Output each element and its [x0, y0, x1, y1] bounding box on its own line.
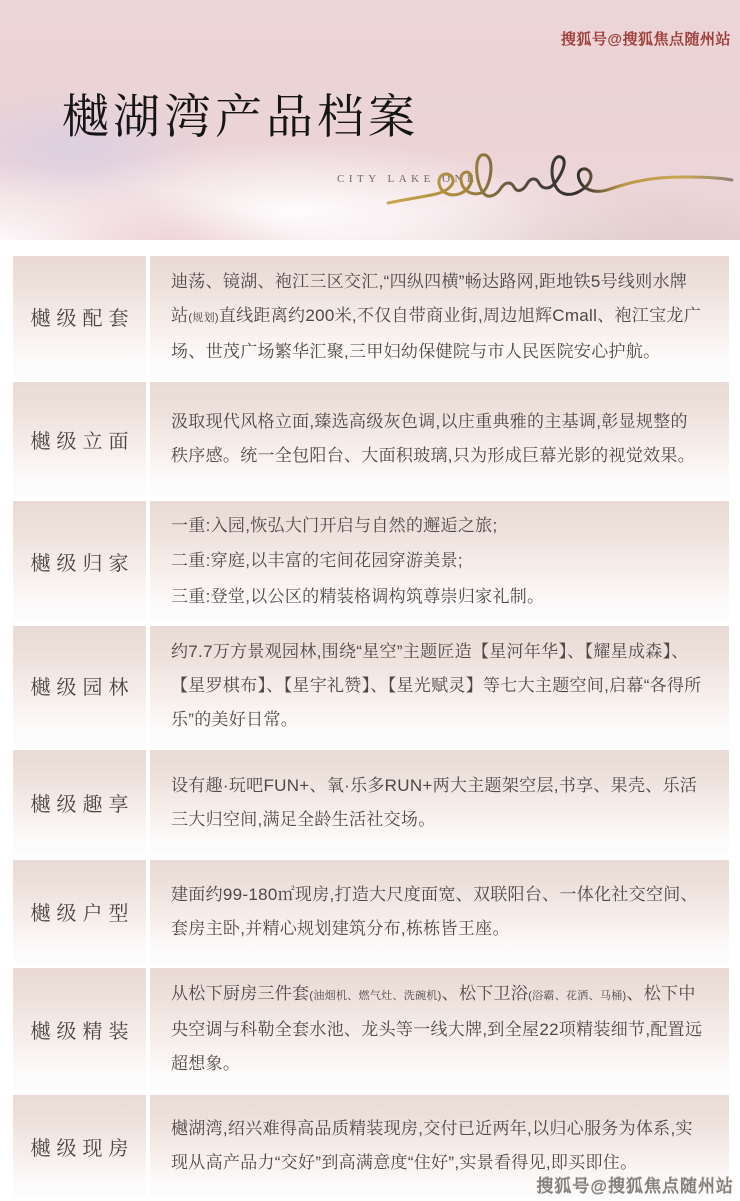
text-run: 三重:登堂,以公区的精装格调构筑尊崇归家礼制。 [171, 580, 703, 614]
table-row: 樾级归家 一重:入园,恢弘大门开启与自然的邂逅之旅;二重:穿庭,以丰富的宅间花园… [13, 501, 729, 621]
text-run: 一重:入园,恢弘大门开启与自然的邂逅之旅; [171, 509, 703, 543]
signature-script-icon [386, 146, 734, 222]
row-label: 樾级立面 [13, 382, 146, 496]
row-content-text: 建面约99-180㎡现房,打造大尺度面宽、双联阳台、一体化社交空间、套房主卧,并… [171, 878, 703, 946]
row-content-text: 樾湖湾,绍兴难得高品质精装现房,交付已近两年,以归心服务为体系,实现从高产品力“… [171, 1112, 703, 1180]
watermark-bottom: 搜狐号@搜狐焦点随州站 [536, 1172, 734, 1197]
row-content-text: 汲取现代风格立面,臻选高级灰色调,以庄重典雅的主基调,彰显规整的秩序感。统一全包… [171, 405, 703, 473]
row-label: 樾级配套 [13, 256, 146, 377]
row-content: 一重:入园,恢弘大门开启与自然的邂逅之旅;二重:穿庭,以丰富的宅间花园穿游美景;… [150, 501, 729, 621]
table-row: 樾级精装 从松下厨房三件套(油烟机、燃气灶、洗碗机)、松下卫浴(浴霸、花洒、马桶… [13, 968, 729, 1090]
text-run: 樾湖湾,绍兴难得高品质精装现房,交付已近两年,以归心服务为体系,实现从高产品力“… [171, 1119, 693, 1172]
row-label: 樾级户型 [13, 860, 146, 963]
text-run: (浴霸、花洒、马桶) [528, 990, 626, 1002]
text-run: 、松下卫浴 [442, 984, 529, 1003]
page-title: 樾湖湾产品档案 [62, 80, 419, 147]
text-run: 建面约99-180㎡现房,打造大尺度面宽、双联阳台、一体化社交空间、套房主卧,并… [171, 885, 698, 938]
row-content: 汲取现代风格立面,臻选高级灰色调,以庄重典雅的主基调,彰显规整的秩序感。统一全包… [150, 382, 729, 496]
text-run: 二重:穿庭,以丰富的宅间花园穿游美景; [171, 544, 703, 578]
text-run: (规划) [188, 312, 219, 324]
row-content-text: 设有趣·玩吧FUN+、氧·乐多RUN+两大主题架空层,书享、果壳、乐活三大归空间… [171, 769, 703, 837]
row-label: 樾级精装 [13, 968, 146, 1090]
text-run: 约7.7万方景观园林,围绕“星空”主题匠造【星河年华】、【耀星成森】、【星罗棋布… [171, 642, 702, 729]
table-row: 樾级园林 约7.7万方景观园林,围绕“星空”主题匠造【星河年华】、【耀星成森】、… [13, 626, 729, 745]
page: 樾湖湾产品档案 CITY LAKE ONE 樾级配套 迪荡、镜湖、袍江三区 [0, 0, 740, 1201]
watermark-top: 搜狐号@搜狐焦点随州站 [561, 28, 731, 49]
product-table: 樾级配套 迪荡、镜湖、袍江三区交汇,“四纵四横”畅达路网,距地铁5号线则水牌站(… [13, 256, 729, 1197]
table-row: 樾级立面 汲取现代风格立面,臻选高级灰色调,以庄重典雅的主基调,彰显规整的秩序感… [13, 382, 729, 496]
row-content: 约7.7万方景观园林,围绕“星空”主题匠造【星河年华】、【耀星成森】、【星罗棋布… [150, 626, 729, 745]
row-content: 从松下厨房三件套(油烟机、燃气灶、洗碗机)、松下卫浴(浴霸、花洒、马桶)、松下中… [150, 968, 729, 1090]
row-label: 樾级园林 [13, 626, 146, 745]
text-run: 从松下厨房三件套 [171, 984, 309, 1003]
row-content-text: 一重:入园,恢弘大门开启与自然的邂逅之旅;二重:穿庭,以丰富的宅间花园穿游美景;… [171, 507, 703, 615]
table-row: 樾级户型 建面约99-180㎡现房,打造大尺度面宽、双联阳台、一体化社交空间、套… [13, 860, 729, 963]
text-run: 设有趣·玩吧FUN+、氧·乐多RUN+两大主题架空层,书享、果壳、乐活三大归空间… [171, 776, 697, 829]
row-content: 建面约99-180㎡现房,打造大尺度面宽、双联阳台、一体化社交空间、套房主卧,并… [150, 860, 729, 963]
text-run: 汲取现代风格立面,臻选高级灰色调,以庄重典雅的主基调,彰显规整的秩序感。统一全包… [171, 412, 695, 465]
row-content-text: 从松下厨房三件套(油烟机、燃气灶、洗碗机)、松下卫浴(浴霸、花洒、马桶)、松下中… [171, 977, 703, 1081]
row-label: 樾级趣享 [13, 750, 146, 855]
row-label: 樾级现房 [13, 1095, 146, 1197]
row-label: 樾级归家 [13, 501, 146, 621]
table-row: 樾级趣享 设有趣·玩吧FUN+、氧·乐多RUN+两大主题架空层,书享、果壳、乐活… [13, 750, 729, 855]
text-run: 直线距离约200米,不仅自带商业街,周边旭辉Cmall、袍江宝龙广场、世茂广场繁… [171, 306, 701, 361]
row-content-text: 迪荡、镜湖、袍江三区交汇,“四纵四横”畅达路网,距地铁5号线则水牌站(规划)直线… [171, 265, 703, 369]
text-run: (油烟机、燃气灶、洗碗机) [309, 990, 441, 1002]
row-content: 迪荡、镜湖、袍江三区交汇,“四纵四横”畅达路网,距地铁5号线则水牌站(规划)直线… [150, 256, 729, 377]
row-content-text: 约7.7万方景观园林,围绕“星空”主题匠造【星河年华】、【耀星成森】、【星罗棋布… [171, 635, 703, 737]
row-content: 设有趣·玩吧FUN+、氧·乐多RUN+两大主题架空层,书享、果壳、乐活三大归空间… [150, 750, 729, 855]
table-row: 樾级配套 迪荡、镜湖、袍江三区交汇,“四纵四横”畅达路网,距地铁5号线则水牌站(… [13, 256, 729, 377]
